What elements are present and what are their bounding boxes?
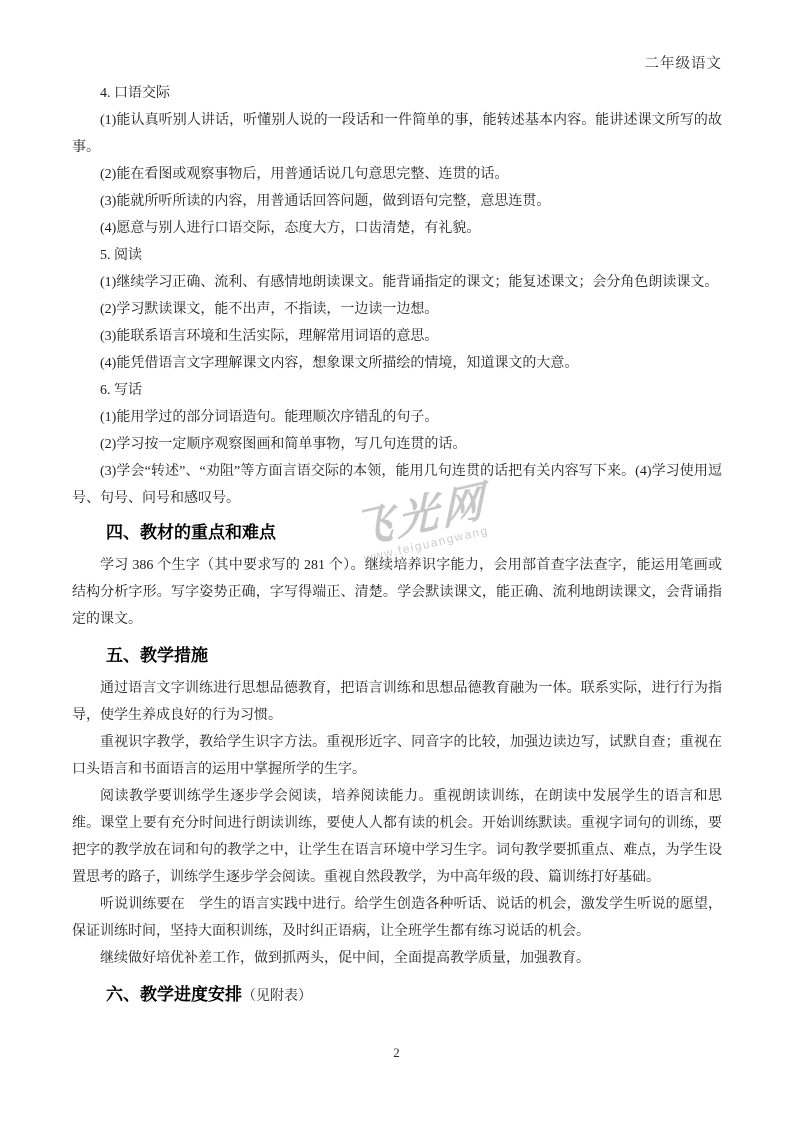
paragraph: 重视识字教学，教给学生识字方法。重视形近字、同音字的比较，加强边读边写，试默自查… [72,729,722,783]
document-body: 4. 口语交际 (1)能认真听别人讲话，听懂别人说的一段话和一件简单的事，能转述… [72,80,722,1016]
list-item: (1)继续学习正确、流利、有感情地朗读课文。能背诵指定的课文；能复述课文；会分角… [72,269,722,296]
list-item: (3)能联系语言环境和生活实际，理解常用词语的意思。 [72,323,722,350]
section-heading-schedule: 六、教学进度安排（见附表） [72,982,722,1010]
page-number: 2 [393,1045,400,1060]
paragraph: 通过语言文字训练进行思想品德教育，把语言训练和思想品德教育融为一体。联系实际，进… [72,675,722,729]
subsection-title-writing: 6. 写话 [72,377,722,404]
schedule-note: （见附表） [242,989,312,1004]
subsection-title-reading: 5. 阅读 [72,242,722,269]
paragraph: 学习 386 个生字（其中要求写的 281 个）。继续培养识字能力，会用部首查字… [72,552,722,633]
page-header: 二年级语文 [645,52,723,73]
schedule-title: 六、教学进度安排 [106,985,242,1004]
section-heading-teaching-measures: 五、教学措施 [72,643,722,669]
list-item: (2)能在看图或观察事物后，用普通话说几句意思完整、连贯的话。 [72,161,722,188]
paragraph: 阅读教学要训练学生逐步学会阅读，培养阅读能力。重视朗读训练，在朗读中发展学生的语… [72,783,722,891]
list-item: (2)学习按一定顺序观察图画和简单事物，写几句连贯的话。 [72,431,722,458]
list-item: (2)学习默读课文，能不出声，不指读，一边读一边想。 [72,296,722,323]
course-label: 二年级语文 [645,56,723,72]
subsection-title-oral: 4. 口语交际 [72,80,722,107]
list-item: (3)能就所听所读的内容，用普通话回答问题，做到语句完整，意思连贯。 [72,188,722,215]
list-item: (3)学会“转述”、“劝阻”等方面言语交际的本领，能用几句连贯的话把有关内容写下… [72,458,722,512]
page-footer: 2 [0,1045,793,1061]
list-item: (4)愿意与别人进行口语交际，态度大方，口齿清楚，有礼貌。 [72,215,722,242]
paragraph: 继续做好培优补差工作，做到抓两头，促中间，全面提高教学质量，加强教育。 [72,945,722,972]
paragraph: 听说训练要在 学生的语言实践中进行。给学生创造各种听话、说话的机会，激发学生听说… [72,891,722,945]
list-item: (1)能用学过的部分词语造句。能理顺次序错乱的句子。 [72,404,722,431]
document-page: 二年级语文 飞光网 www.feiguangwang 4. 口语交际 (1)能认… [0,0,793,1122]
list-item: (1)能认真听别人讲话，听懂别人说的一段话和一件简单的事，能转述基本内容。能讲述… [72,107,722,161]
list-item: (4)能凭借语言文字理解课文内容，想象课文所描绘的情境，知道课文的大意。 [72,350,722,377]
section-heading-key-difficulties: 四、教材的重点和难点 [72,520,722,546]
